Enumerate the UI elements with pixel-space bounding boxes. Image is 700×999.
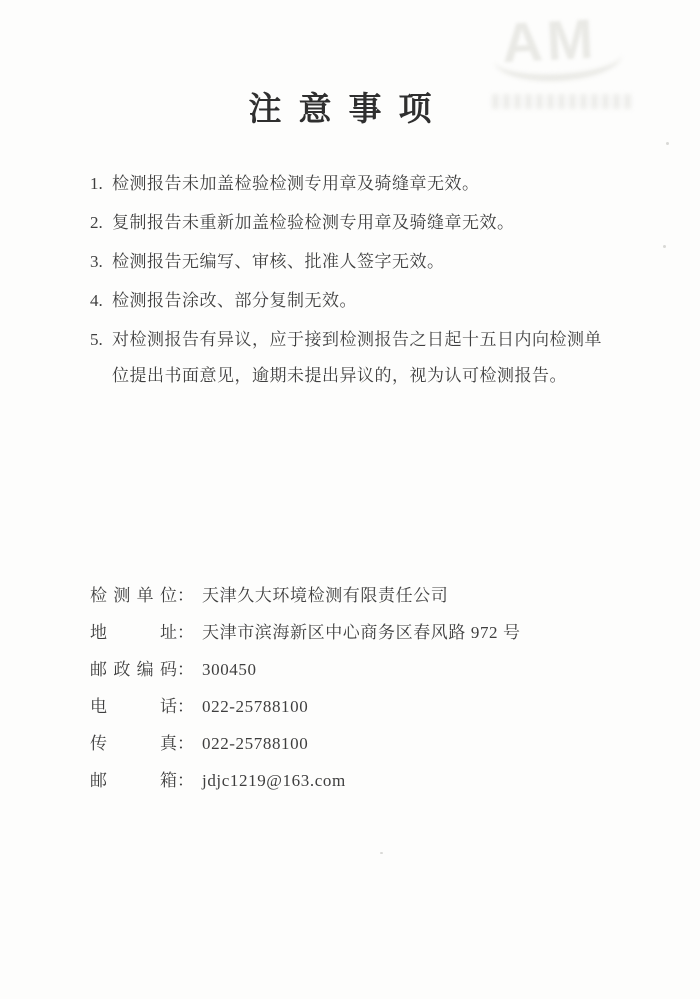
contact-row: 检测单位：天津久大环境检测有限责任公司 xyxy=(90,585,610,607)
contact-label-char: 电 xyxy=(90,696,107,718)
contact-label-char: 政 xyxy=(113,659,130,681)
contact-row: 邮政编码：300450 xyxy=(90,659,610,681)
page-title: 注意事项 xyxy=(90,83,590,130)
scanned-notice-page: AM 注意事项 1.检测报告未加盖检验检测专用章及骑缝章无效。2.复制报告未重新… xyxy=(0,0,700,999)
contact-label-char: 邮 xyxy=(90,659,107,681)
contact-value: jdjc1219@163.com xyxy=(202,770,610,792)
contact-row: 电话：022-25788100 xyxy=(90,696,610,718)
contact-value: 天津久大环境检测有限责任公司 xyxy=(202,585,610,607)
notice-text: 检测报告未加盖检验检测专用章及骑缝章无效。 xyxy=(112,166,610,202)
contact-label-char: 真 xyxy=(160,733,177,755)
contact-label: 地址 xyxy=(90,622,177,644)
scan-speck xyxy=(663,245,666,248)
contact-label-char: 单 xyxy=(137,585,154,607)
contact-label-char: 邮 xyxy=(90,770,107,792)
notice-list: 1.检测报告未加盖检验检测专用章及骑缝章无效。2.复制报告未重新加盖检验检测专用… xyxy=(90,166,612,397)
contact-value: 天津市滨海新区中心商务区春风路 972 号 xyxy=(202,622,610,644)
notice-text: 检测报告涂改、部分复制无效。 xyxy=(112,283,610,319)
contact-value: 022-25788100 xyxy=(202,696,610,718)
notice-item: 3.检测报告无编写、审核、批准人签字无效。 xyxy=(90,244,612,280)
contact-label-char: 编 xyxy=(137,659,154,681)
contact-label-char: 地 xyxy=(90,622,107,644)
contact-colon: ： xyxy=(177,659,194,681)
contact-block: 检测单位：天津久大环境检测有限责任公司地址：天津市滨海新区中心商务区春风路 97… xyxy=(90,585,610,807)
contact-label: 电话 xyxy=(90,696,177,718)
contact-label: 传真 xyxy=(90,733,177,755)
notice-number: 2. xyxy=(90,205,112,241)
contact-label-char: 址 xyxy=(160,622,177,644)
contact-colon: ： xyxy=(177,622,194,644)
contact-label-char: 话 xyxy=(160,696,177,718)
contact-label-char: 码 xyxy=(160,659,177,681)
notice-item: 5.对检测报告有异议，应于接到检测报告之日起十五日内向检测单位提出书面意见，逾期… xyxy=(90,322,612,394)
contact-colon: ： xyxy=(177,696,194,718)
contact-value: 022-25788100 xyxy=(202,733,610,755)
contact-row: 传真：022-25788100 xyxy=(90,733,610,755)
stamp-arc-watermark xyxy=(493,31,623,85)
contact-label: 检测单位 xyxy=(90,585,177,607)
notice-number: 5. xyxy=(90,322,112,358)
notice-item: 1.检测报告未加盖检验检测专用章及骑缝章无效。 xyxy=(90,166,612,202)
scan-speck xyxy=(380,852,383,854)
contact-row: 地址：天津市滨海新区中心商务区春风路 972 号 xyxy=(90,622,610,644)
notice-text: 检测报告无编写、审核、批准人签字无效。 xyxy=(112,244,610,280)
contact-label-char: 测 xyxy=(113,585,130,607)
contact-colon: ： xyxy=(177,770,194,792)
contact-label-char: 位 xyxy=(160,585,177,607)
contact-label: 邮箱 xyxy=(90,770,177,792)
contact-label: 邮政编码 xyxy=(90,659,177,681)
notice-number: 1. xyxy=(90,166,112,202)
contact-colon: ： xyxy=(177,733,194,755)
contact-colon: ： xyxy=(177,585,194,607)
notice-text: 对检测报告有异议，应于接到检测报告之日起十五日内向检测单位提出书面意见，逾期未提… xyxy=(112,322,610,394)
notice-text: 复制报告未重新加盖检验检测专用章及骑缝章无效。 xyxy=(112,205,610,241)
contact-label-char: 传 xyxy=(90,733,107,755)
contact-label-char: 箱 xyxy=(160,770,177,792)
contact-value: 300450 xyxy=(202,659,610,681)
notice-item: 2.复制报告未重新加盖检验检测专用章及骑缝章无效。 xyxy=(90,205,612,241)
contact-row: 邮箱：jdjc1219@163.com xyxy=(90,770,610,792)
notice-number: 3. xyxy=(90,244,112,280)
notice-item: 4.检测报告涂改、部分复制无效。 xyxy=(90,283,612,319)
stamp-letters-watermark: AM xyxy=(500,6,598,76)
notice-number: 4. xyxy=(90,283,112,319)
contact-label-char: 检 xyxy=(90,585,107,607)
scan-speck xyxy=(666,142,669,145)
